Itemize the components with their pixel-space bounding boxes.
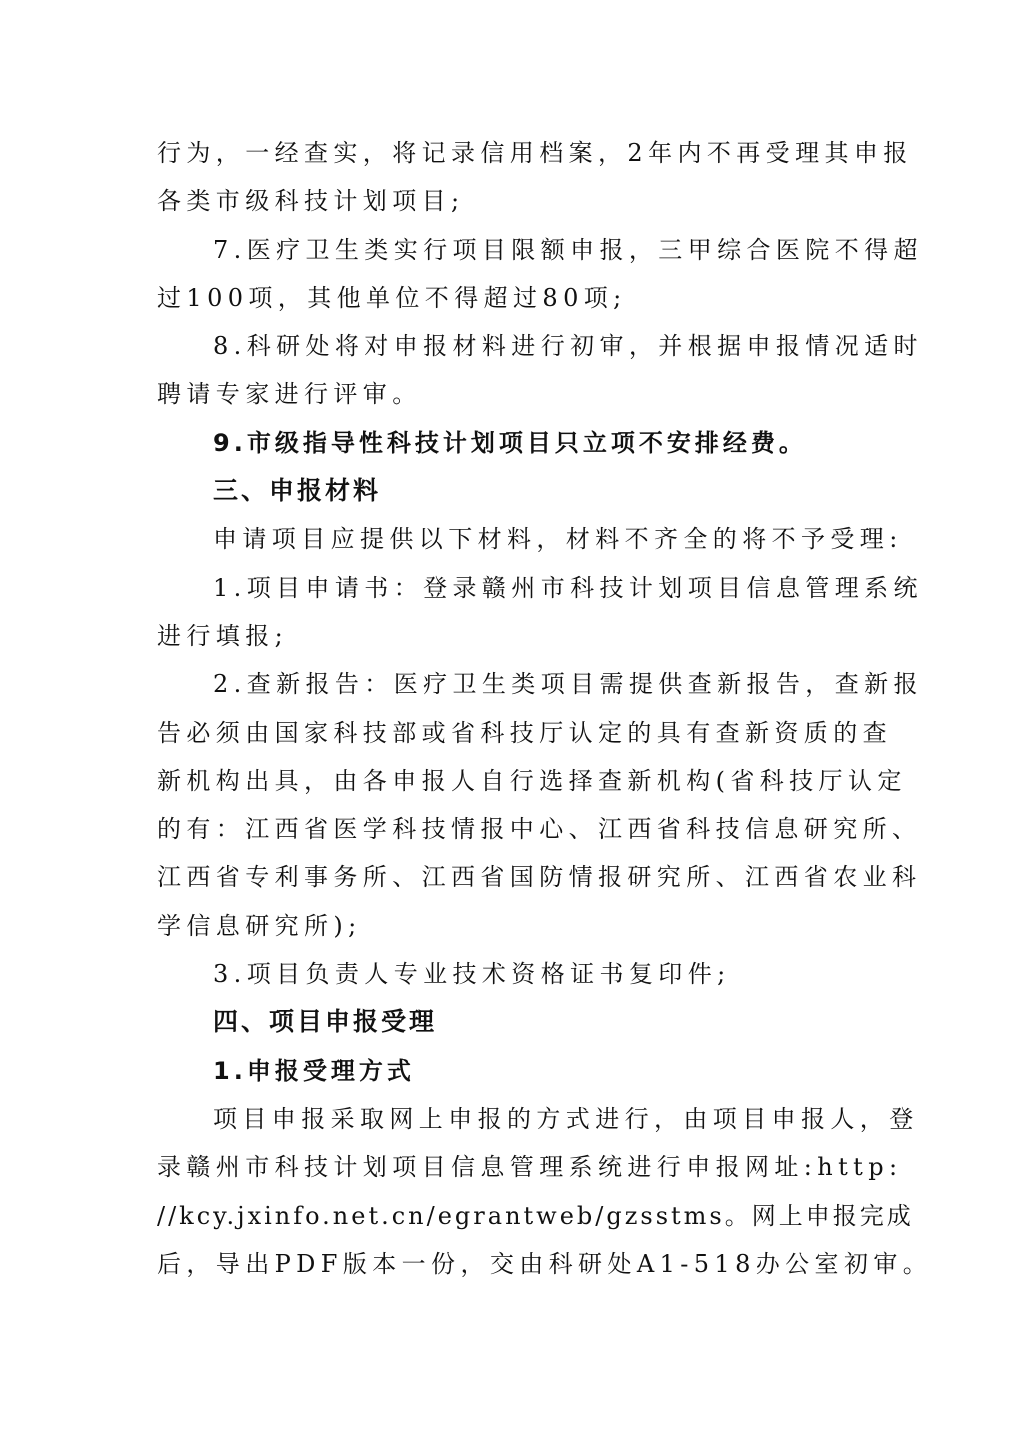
section-3-heading: 三、申报材料	[157, 467, 869, 515]
paragraph-item-6-continued: 行为，一经查实，将记录信用档案，2年内不再受理其申报 各类市级科技计划项目;	[157, 129, 869, 226]
text-line: 录赣州市科技计划项目信息管理系统进行申报网址:http:	[157, 1143, 869, 1191]
text-line: 各类市级科技计划项目;	[157, 177, 869, 225]
text-line: 进行填报;	[157, 612, 869, 660]
text-line: 行为，一经查实，将记录信用档案，2年内不再受理其申报	[157, 129, 869, 177]
subsection-heading: 1.申报受理方式	[157, 1047, 869, 1095]
url-text-line: //kcy.jxinfo.net.cn/egrantweb/gzsstms。网上…	[157, 1192, 869, 1240]
text-line: 3.项目负责人专业技术资格证书复印件;	[157, 950, 869, 998]
text-line: 的有：江西省医学科技情报中心、江西省科技信息研究所、	[157, 805, 869, 853]
paragraph-section-4-body: 项目申报采取网上申报的方式进行，由项目申报人，登 录赣州市科技计划项目信息管理系…	[157, 1095, 869, 1288]
text-line: 7.医疗卫生类实行项目限额申报，三甲综合医院不得超	[157, 226, 869, 274]
text-line: 学信息研究所);	[157, 902, 869, 950]
text-line: 新机构出具，由各申报人自行选择查新机构(省科技厅认定	[157, 757, 869, 805]
text-line: 过100项，其他单位不得超过80项;	[157, 274, 869, 322]
text-line: 告必须由国家科技部或省科技厅认定的具有查新资质的查	[157, 709, 869, 757]
text-line: 申请项目应提供以下材料，材料不齐全的将不予受理:	[157, 515, 869, 563]
paragraph-section-3-intro: 申请项目应提供以下材料，材料不齐全的将不予受理:	[157, 515, 869, 563]
text-line: 8.科研处将对申报材料进行初审，并根据申报情况适时	[157, 322, 869, 370]
section-4-heading: 四、项目申报受理	[157, 998, 869, 1046]
text-line: 聘请专家进行评审。	[157, 370, 869, 418]
paragraph-item-9: 9.市级指导性科技计划项目只立项不安排经费。	[157, 419, 869, 467]
text-line: 1.项目申请书：登录赣州市科技计划项目信息管理系统	[157, 564, 869, 612]
text-line: 后，导出PDF版本一份，交由科研处A1-518办公室初审。	[157, 1240, 869, 1288]
paragraph-material-1: 1.项目申请书：登录赣州市科技计划项目信息管理系统 进行填报;	[157, 564, 869, 661]
text-line: 江西省专利事务所、江西省国防情报研究所、江西省农业科	[157, 853, 869, 901]
document-page: 行为，一经查实，将记录信用档案，2年内不再受理其申报 各类市级科技计划项目; 7…	[157, 129, 869, 1288]
section-4-subheading: 1.申报受理方式	[157, 1047, 869, 1095]
paragraph-item-8: 8.科研处将对申报材料进行初审，并根据申报情况适时 聘请专家进行评审。	[157, 322, 869, 419]
text-line: 项目申报采取网上申报的方式进行，由项目申报人，登	[157, 1095, 869, 1143]
text-line: 2.查新报告：医疗卫生类项目需提供查新报告，查新报	[157, 660, 869, 708]
paragraph-item-7: 7.医疗卫生类实行项目限额申报，三甲综合医院不得超 过100项，其他单位不得超过…	[157, 226, 869, 323]
bold-text-line: 9.市级指导性科技计划项目只立项不安排经费。	[157, 419, 869, 467]
paragraph-material-3: 3.项目负责人专业技术资格证书复印件;	[157, 950, 869, 998]
paragraph-material-2: 2.查新报告：医疗卫生类项目需提供查新报告，查新报 告必须由国家科技部或省科技厅…	[157, 660, 869, 950]
section-heading: 三、申报材料	[157, 467, 869, 515]
section-heading: 四、项目申报受理	[157, 998, 869, 1046]
